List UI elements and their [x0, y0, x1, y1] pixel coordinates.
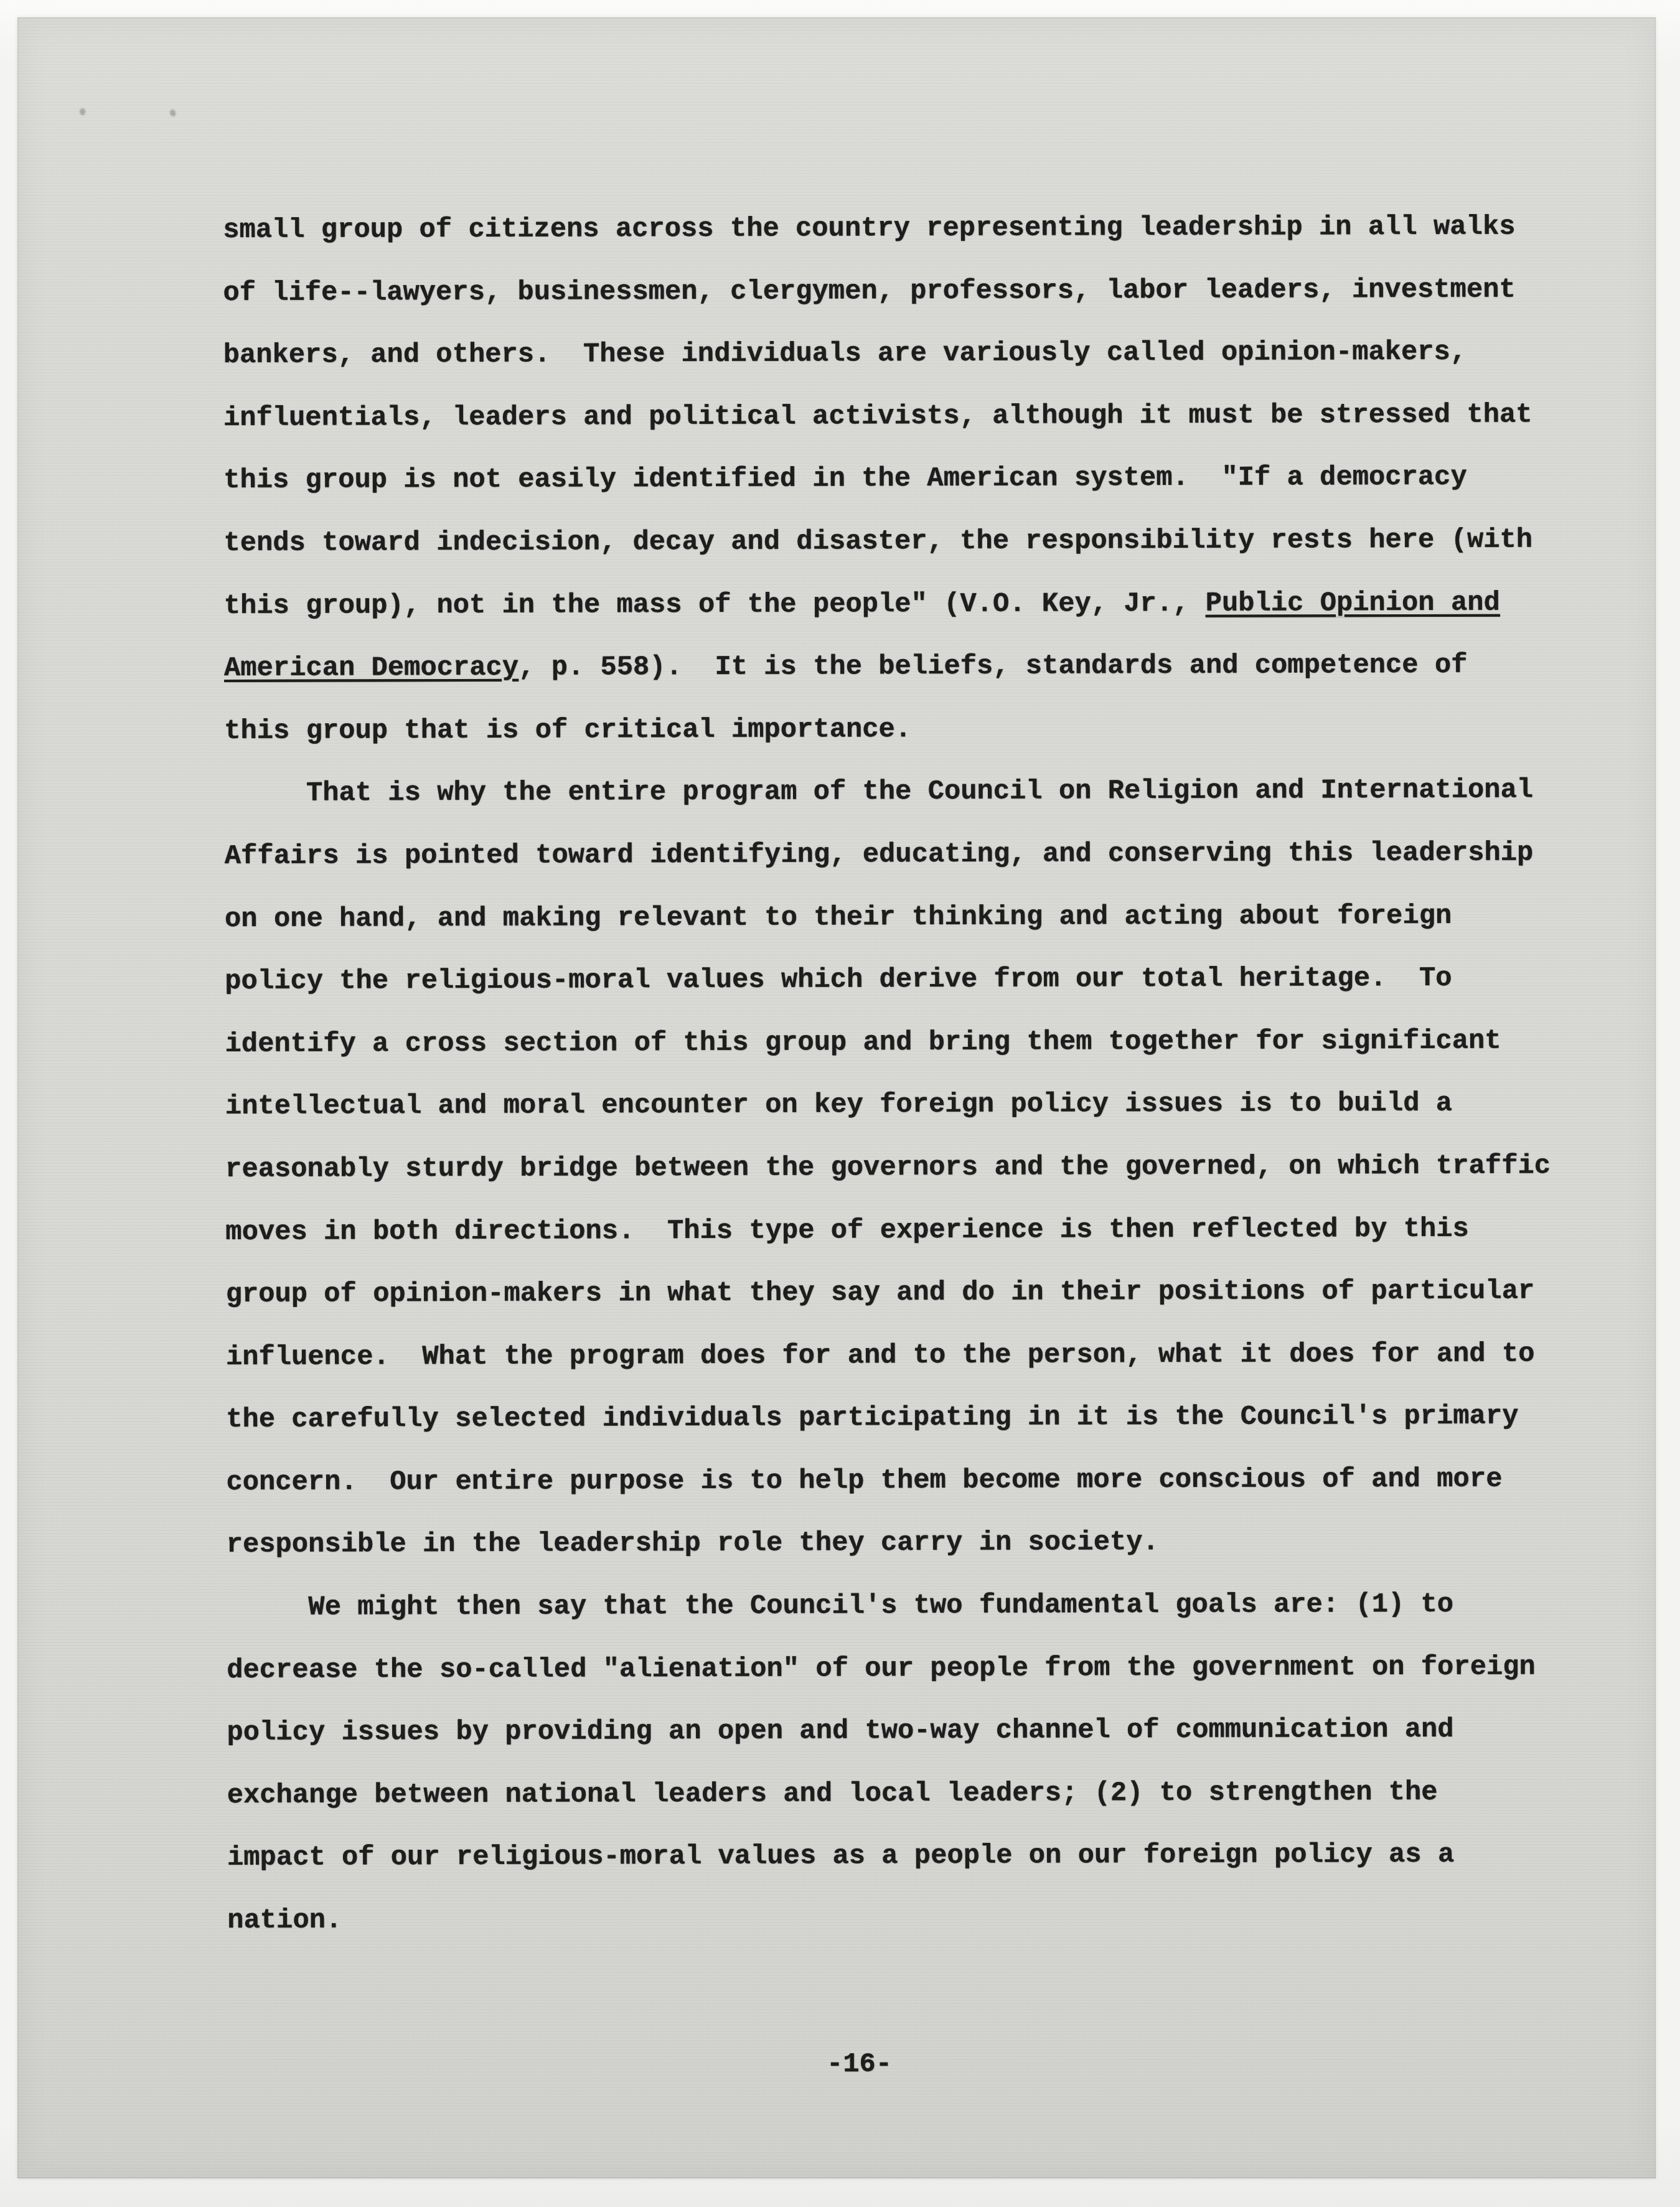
text-line: policy the religious-moral values which … — [225, 948, 1544, 1014]
text-segment: bankers, and others. These individuals a… — [223, 337, 1467, 371]
text-line: nation. — [227, 1886, 1547, 1952]
text-segment: tends toward indecision, decay and disas… — [223, 525, 1532, 559]
text-segment: , p. 558). It is the beliefs, standards … — [519, 650, 1468, 683]
text-segment: small group of citizens across the count… — [223, 212, 1515, 246]
text-line: identify a cross section of this group a… — [225, 1010, 1544, 1076]
text-line: reasonably sturdy bridge between the gov… — [225, 1135, 1545, 1201]
text-segment: exchange between national leaders and lo… — [227, 1778, 1438, 1811]
text-line: decrease the so-called "alienation" of o… — [227, 1636, 1546, 1702]
scan-speck — [169, 109, 176, 116]
text-segment: nation. — [227, 1906, 342, 1936]
text-line: bankers, and others. These individuals a… — [223, 322, 1543, 388]
document-body: small group of citizens across the count… — [223, 196, 1547, 1952]
text-segment: influentials, leaders and political acti… — [223, 400, 1532, 434]
underlined-text: Public Opinion and — [1206, 588, 1500, 619]
text-line: concern. Our entire purpose is to help t… — [226, 1448, 1546, 1514]
text-line: this group is not easily identified in t… — [223, 447, 1543, 513]
text-line: this group that is of critical importanc… — [224, 697, 1544, 763]
text-line: small group of citizens across the count… — [223, 196, 1542, 262]
text-segment: this group), not in the mass of the peop… — [224, 588, 1206, 621]
text-line: this group), not in the mass of the peop… — [224, 572, 1544, 638]
scanner-background: small group of citizens across the count… — [0, 0, 1680, 2207]
text-segment: influence. What the program does for and… — [226, 1339, 1535, 1373]
text-segment: of life--lawyers, businessmen, clergymen… — [223, 274, 1515, 308]
text-segment: We might then say that the Council's two… — [227, 1590, 1453, 1623]
page-number: -16- — [827, 2034, 892, 2097]
paper-sheet: small group of citizens across the count… — [17, 17, 1656, 2178]
text-line: American Democracy, p. 558). It is the b… — [224, 635, 1544, 701]
text-segment: That is why the entire program of the Co… — [224, 775, 1533, 810]
text-segment: group of opinion-makers in what they say… — [226, 1277, 1535, 1311]
text-line: exchange between national leaders and lo… — [227, 1761, 1547, 1827]
text-line: influentials, leaders and political acti… — [223, 384, 1543, 450]
text-segment: impact of our religious-moral values as … — [227, 1840, 1454, 1873]
text-line: tends toward indecision, decay and disas… — [223, 509, 1543, 575]
text-segment: concern. Our entire purpose is to help t… — [226, 1464, 1502, 1498]
text-line: Affairs is pointed toward identifying, e… — [225, 822, 1544, 888]
text-segment: Affairs is pointed toward identifying, e… — [225, 838, 1534, 872]
text-segment: responsible in the leadership role they … — [227, 1528, 1159, 1561]
text-segment: identify a cross section of this group a… — [225, 1026, 1501, 1059]
text-segment: on one hand, and making relevant to thei… — [225, 901, 1452, 934]
text-line: the carefully selected individuals parti… — [226, 1386, 1546, 1452]
text-line: moves in both directions. This type of e… — [225, 1198, 1545, 1264]
text-line: intellectual and moral encounter on key … — [225, 1073, 1545, 1139]
text-segment: this group is not easily identified in t… — [223, 462, 1467, 496]
text-line: of life--lawyers, businessmen, clergymen… — [223, 259, 1542, 325]
scan-speck — [79, 108, 86, 116]
text-line: We might then say that the Council's two… — [227, 1574, 1546, 1640]
text-line: group of opinion-makers in what they say… — [225, 1261, 1545, 1327]
text-segment: this group that is of critical importanc… — [224, 715, 911, 747]
text-segment: intellectual and moral encounter on key … — [225, 1089, 1452, 1122]
text-segment: the carefully selected individuals parti… — [226, 1402, 1518, 1435]
text-segment: policy issues by providing an open and t… — [227, 1715, 1453, 1748]
text-segment: moves in both directions. This type of e… — [225, 1214, 1469, 1247]
underlined-text: American Democracy — [224, 653, 519, 684]
text-line: policy issues by providing an open and t… — [227, 1699, 1546, 1765]
text-segment: reasonably sturdy bridge between the gov… — [225, 1151, 1551, 1185]
text-line: That is why the entire program of the Co… — [224, 760, 1544, 826]
text-segment: decrease the so-called "alienation" of o… — [227, 1652, 1536, 1686]
text-line: on one hand, and making relevant to thei… — [225, 885, 1544, 951]
text-segment: policy the religious-moral values which … — [225, 963, 1452, 997]
text-line: impact of our religious-moral values as … — [227, 1824, 1547, 1890]
text-line: influence. What the program does for and… — [226, 1323, 1546, 1389]
text-line: responsible in the leadership role they … — [227, 1511, 1546, 1577]
